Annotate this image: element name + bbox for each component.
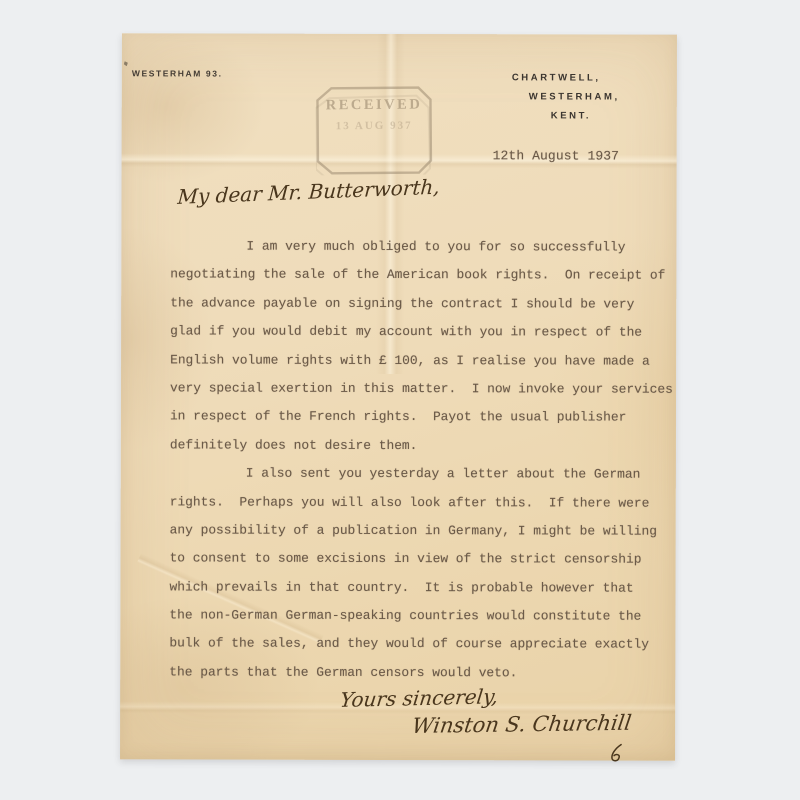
body-line: very special exertion in this matter. I … [170,374,676,404]
body-line: bulk of the sales, and they would of cou… [169,630,675,660]
letterhead-phone: WESTERHAM 93. [132,68,223,78]
body-line: to consent to some excisions in view of … [170,545,676,575]
signature-handwritten: Winston S. Churchill [410,711,633,738]
letter-photo: WESTERHAM 93. RECEIVED 13 AUG 937 CHARTW… [0,0,800,800]
ink-speck [124,61,128,66]
body-line: in respect of the French rights. Payot t… [170,403,676,433]
body-line: English volume rights with £ 100, as I r… [170,346,676,376]
date-line: 12th August 1937 [493,148,619,163]
body-line: which prevails in that country. It is pr… [169,573,675,603]
letter-paper: WESTERHAM 93. RECEIVED 13 AUG 937 CHARTW… [120,33,677,760]
received-stamp: RECEIVED 13 AUG 937 [315,85,433,175]
letterhead-address-line3: KENT. [551,110,591,121]
body-line: the parts that the German censors would … [169,658,675,688]
valediction-handwritten: Yours sincerely, [339,684,500,712]
letterhead-address-line2: WESTERHAM, [529,91,620,102]
body-line: negotiating the sale of the American boo… [170,261,676,291]
body-line: the advance payable on signing the contr… [170,289,676,319]
salutation-handwritten: My dear Mr. Butterworth, [177,175,441,209]
letterhead-address-line1: CHARTWELL, [512,72,601,83]
stamp-date-text: 13 AUG 937 [316,119,433,132]
body-line: definitely does not desire them. [170,431,676,461]
body-line: rights. Perhaps you will also look after… [170,488,676,518]
body-line: the non-German German-speaking countries… [169,601,675,631]
body-line: I also sent you yesterday a letter about… [170,460,676,490]
body-line: any possibility of a publication in Germ… [170,516,676,546]
body-line: I am very much obliged to you for so suc… [170,232,676,262]
body-line: glad if you would debit my account with … [170,318,676,348]
letter-body: I am very much obliged to you for so suc… [169,232,676,688]
signature-flourish-mark [607,744,627,769]
stamp-received-text: RECEIVED [315,96,432,114]
